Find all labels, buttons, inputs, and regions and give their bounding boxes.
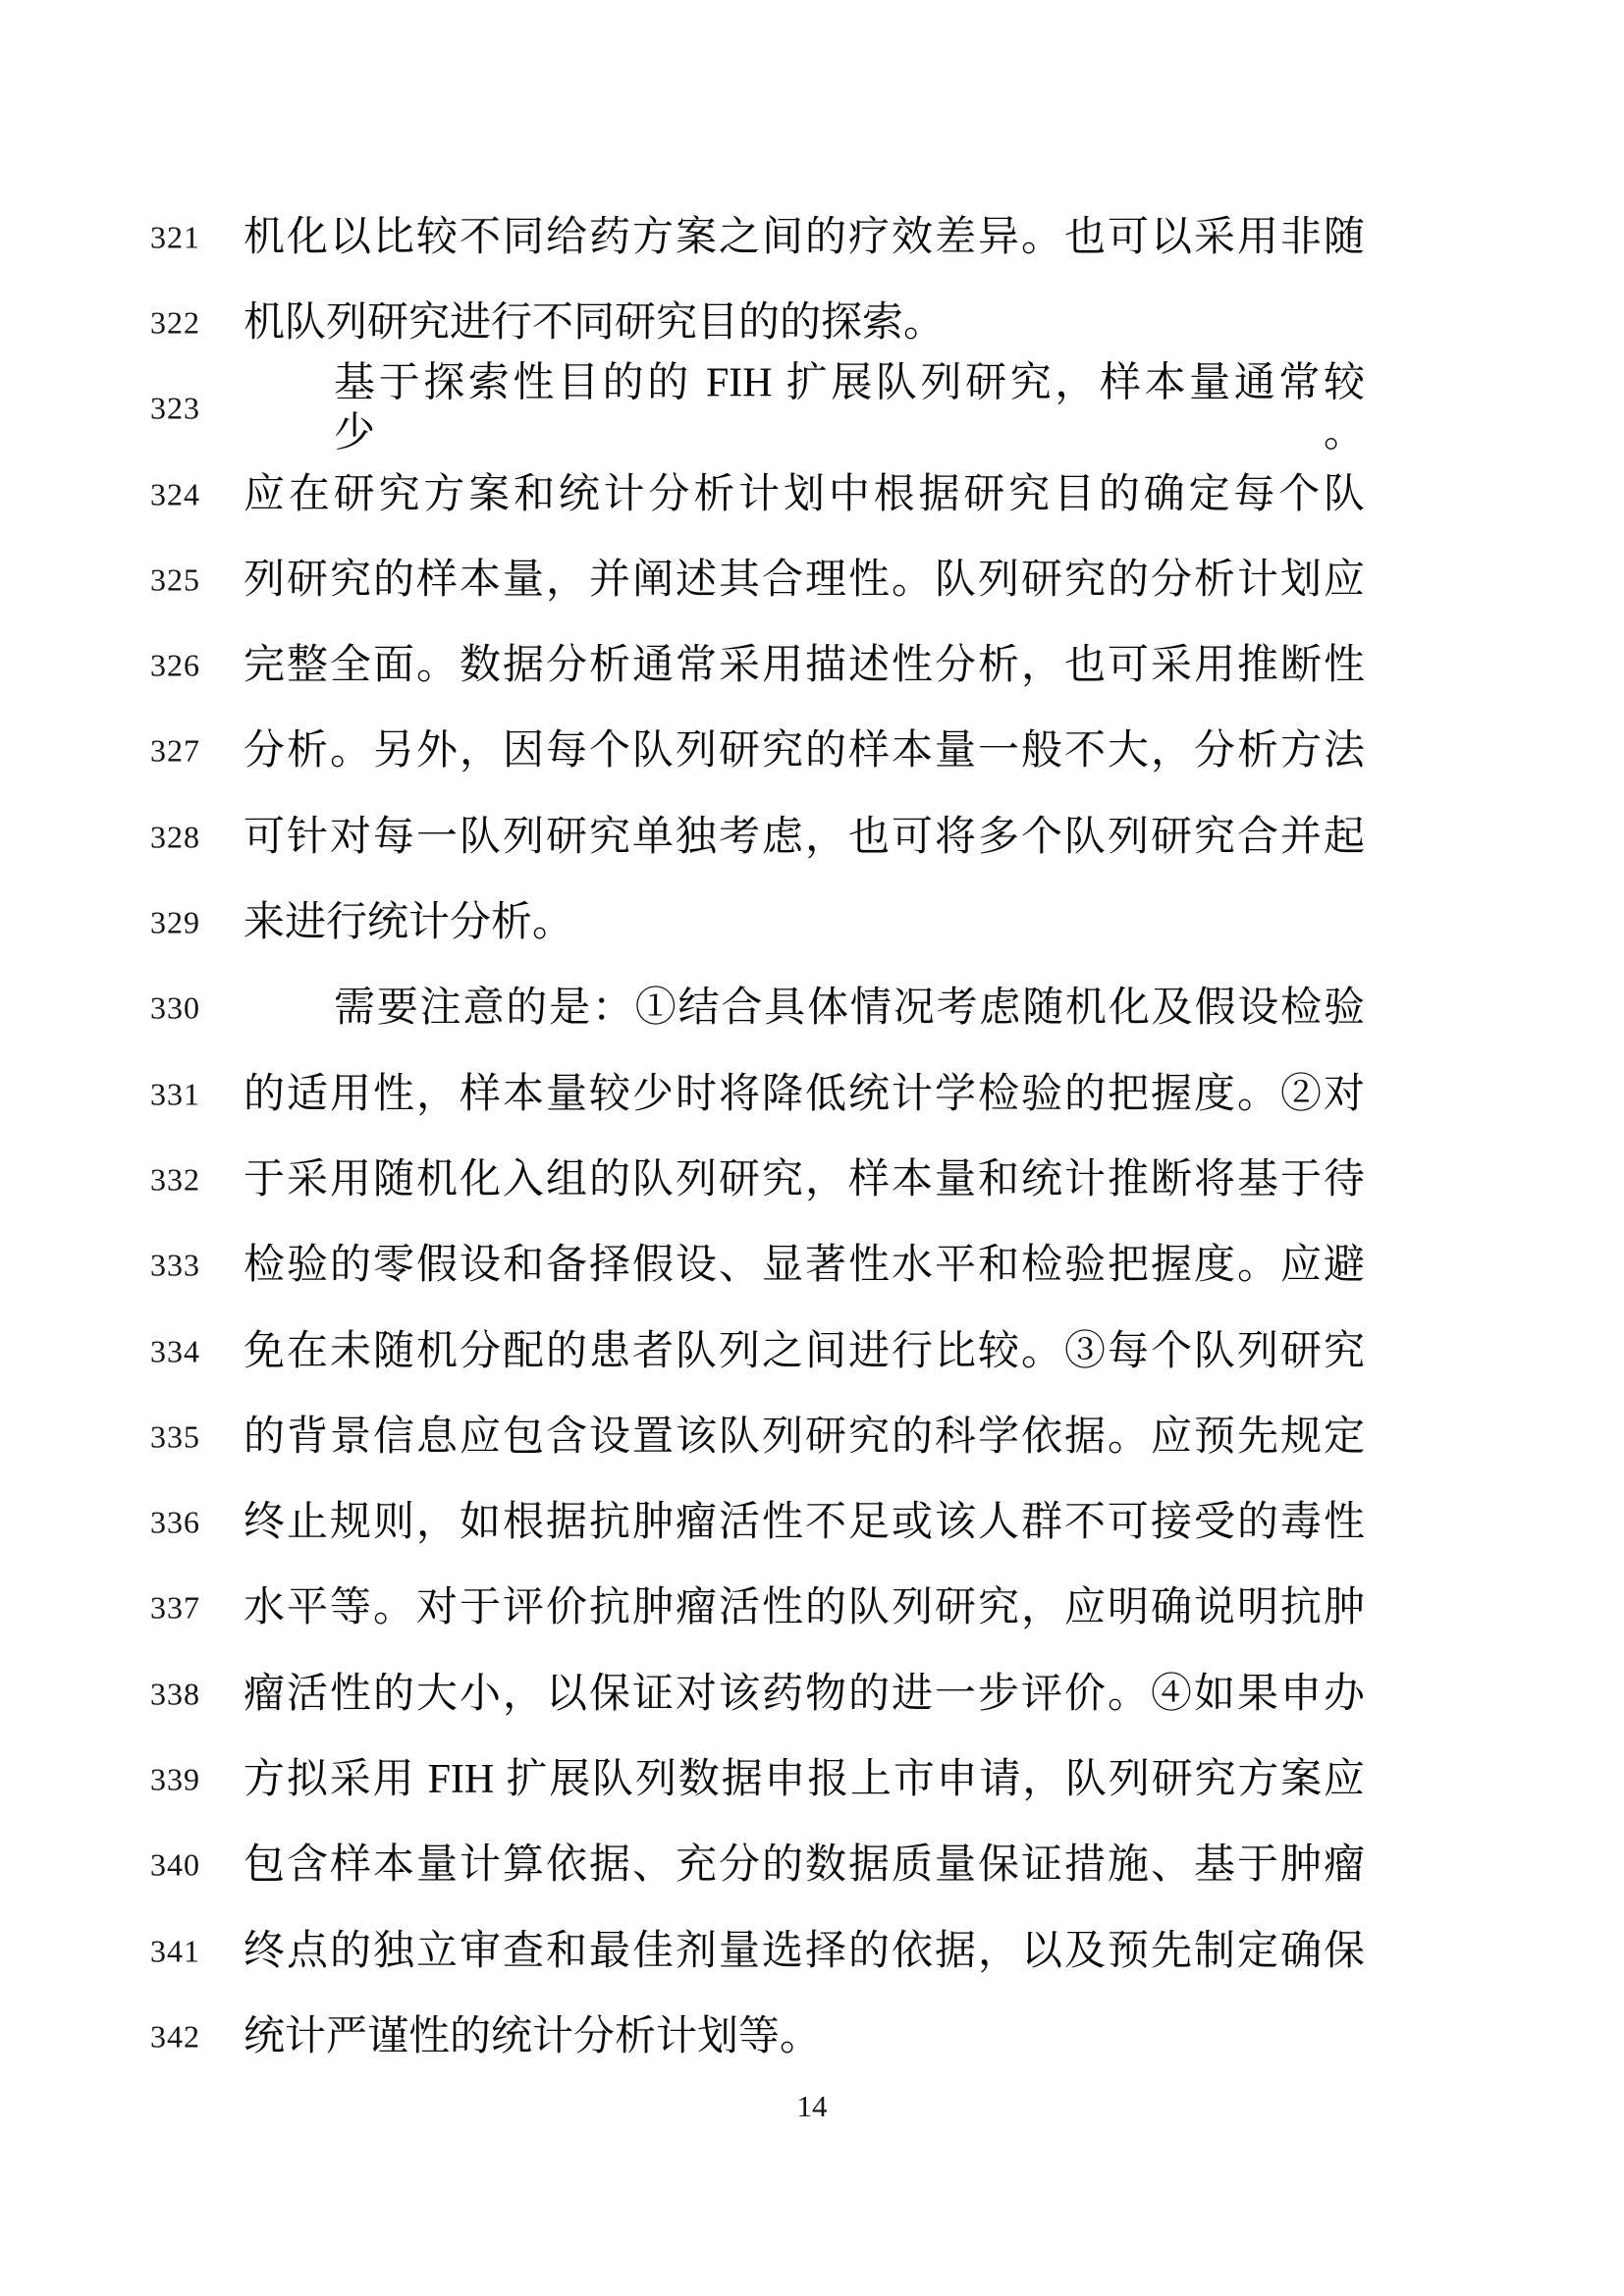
- line-text: 检验的零假设和备择假设、显著性水平和检验把握度。应避: [244, 1241, 1365, 1290]
- text-line: 334 免在未随机分配的患者队列之间进行比较。③每个队列研究: [0, 1308, 1624, 1394]
- text-line: 329 来进行统计分析。: [0, 880, 1624, 965]
- text-line: 336 终止规则，如根据抗肿瘤活性不足或该人群不可接受的毒性: [0, 1479, 1624, 1565]
- line-number: 339: [150, 1761, 200, 1797]
- line-number: 324: [150, 476, 200, 512]
- line-text: 瘤活性的大小，以保证对该药物的进一步评价。④如果申办: [244, 1669, 1365, 1718]
- text-line: 327 分析。另外，因每个队列研究的样本量一般不大，分析方法: [0, 709, 1624, 794]
- line-text: 来进行统计分析。: [244, 898, 1365, 947]
- text-line: 321 机化以比较不同给药方案之间的疗效差异。也可以采用非随: [0, 194, 1624, 280]
- line-text: 列研究的样本量，并阐述其合理性。队列研究的分析计划应: [244, 556, 1365, 605]
- text-line: 340 包含样本量计算依据、充分的数据质量保证措施、基于肿瘤: [0, 1823, 1624, 1908]
- line-number: 322: [150, 304, 200, 341]
- line-number: 328: [150, 819, 200, 855]
- line-text: 的适用性，样本量较少时将降低统计学检验的把握度。②对: [244, 1069, 1365, 1118]
- text-line: 335 的背景信息应包含设置该队列研究的科学依据。应预先规定: [0, 1394, 1624, 1479]
- line-text: 免在未随机分配的患者队列之间进行比较。③每个队列研究: [244, 1326, 1365, 1375]
- line-number: 336: [150, 1505, 200, 1541]
- line-number: 333: [150, 1248, 200, 1284]
- line-text: 机队列研究进行不同研究目的的探索。: [244, 298, 1365, 347]
- line-number: 341: [150, 1933, 200, 1969]
- text-line: 341 终点的独立审查和最佳剂量选择的依据，以及预先制定确保: [0, 1908, 1624, 1994]
- text-line: 342 统计严谨性的统计分析计划等。: [0, 1994, 1624, 2079]
- line-text: 需要注意的是：①结合具体情况考虑随机化及假设检验: [244, 984, 1365, 1033]
- text-line: 337 水平等。对于评价抗肿瘤活性的队列研究，应明确说明抗肿: [0, 1566, 1624, 1651]
- line-number: 329: [150, 905, 200, 941]
- line-number: 323: [150, 391, 200, 427]
- line-number: 340: [150, 1847, 200, 1884]
- line-text: 终点的独立审查和最佳剂量选择的依据，以及预先制定确保: [244, 1926, 1365, 1975]
- line-text: 可针对每一队列研究单独考虑，也可将多个队列研究合并起: [244, 813, 1365, 862]
- line-number: 326: [150, 648, 200, 684]
- text-line: 330 需要注意的是：①结合具体情况考虑随机化及假设检验: [0, 966, 1624, 1051]
- line-text: 水平等。对于评价抗肿瘤活性的队列研究，应明确说明抗肿: [244, 1583, 1365, 1632]
- line-text: 终止规则，如根据抗肿瘤活性不足或该人群不可接受的毒性: [244, 1498, 1365, 1547]
- line-number: 337: [150, 1590, 200, 1627]
- text-line: 338 瘤活性的大小，以保证对该药物的进一步评价。④如果申办: [0, 1651, 1624, 1736]
- line-number: 335: [150, 1418, 200, 1455]
- text-line: 332 于采用随机化入组的队列研究，样本量和统计推断将基于待: [0, 1137, 1624, 1222]
- line-number: 342: [150, 2018, 200, 2055]
- line-text: 统计严谨性的统计分析计划等。: [244, 2012, 1365, 2061]
- line-text: 基于探索性目的的 FIH 扩展队列研究，样本量通常较少。: [244, 359, 1365, 458]
- text-line: 333 检验的零假设和备择假设、显著性水平和检验把握度。应避: [0, 1223, 1624, 1308]
- line-number: 338: [150, 1676, 200, 1712]
- line-number: 332: [150, 1161, 200, 1198]
- text-line: 339 方拟采用 FIH 扩展队列数据申报上市申请，队列研究方案应: [0, 1736, 1624, 1822]
- text-line: 323 基于探索性目的的 FIH 扩展队列研究，样本量通常较少。: [0, 366, 1624, 452]
- text-line: 324 应在研究方案和统计分析计划中根据研究目的确定每个队: [0, 452, 1624, 537]
- text-line: 325 列研究的样本量，并阐述其合理性。队列研究的分析计划应: [0, 537, 1624, 622]
- page-number: 14: [797, 2089, 828, 2124]
- line-number: 330: [150, 990, 200, 1027]
- line-text: 方拟采用 FIH 扩展队列数据申报上市申请，队列研究方案应: [244, 1755, 1365, 1804]
- line-text: 于采用随机化入组的队列研究，样本量和统计推断将基于待: [244, 1155, 1365, 1204]
- line-text: 的背景信息应包含设置该队列研究的科学依据。应预先规定: [244, 1413, 1365, 1462]
- line-text: 完整全面。数据分析通常采用描述性分析，也可采用推断性: [244, 641, 1365, 690]
- text-lines-container: 321 机化以比较不同给药方案之间的疗效差异。也可以采用非随 322 机队列研究…: [0, 194, 1624, 2080]
- text-line: 328 可针对每一队列研究单独考虑，也可将多个队列研究合并起: [0, 794, 1624, 880]
- line-number: 334: [150, 1333, 200, 1369]
- text-line: 326 完整全面。数据分析通常采用描述性分析，也可采用推断性: [0, 622, 1624, 708]
- line-text: 应在研究方案和统计分析计划中根据研究目的确定每个队: [244, 469, 1365, 518]
- line-text: 包含样本量计算依据、充分的数据质量保证措施、基于肿瘤: [244, 1841, 1365, 1890]
- line-number: 327: [150, 733, 200, 770]
- document-page: 321 机化以比较不同给药方案之间的疗效差异。也可以采用非随 322 机队列研究…: [0, 0, 1624, 2296]
- line-number: 325: [150, 561, 200, 598]
- line-text: 分析。另外，因每个队列研究的样本量一般不大，分析方法: [244, 726, 1365, 775]
- line-text: 机化以比较不同给药方案之间的疗效差异。也可以采用非随: [244, 212, 1365, 261]
- text-line: 331 的适用性，样本量较少时将降低统计学检验的把握度。②对: [0, 1051, 1624, 1137]
- line-number: 331: [150, 1076, 200, 1112]
- line-number: 321: [150, 219, 200, 255]
- text-line: 322 机队列研究进行不同研究目的的探索。: [0, 280, 1624, 365]
